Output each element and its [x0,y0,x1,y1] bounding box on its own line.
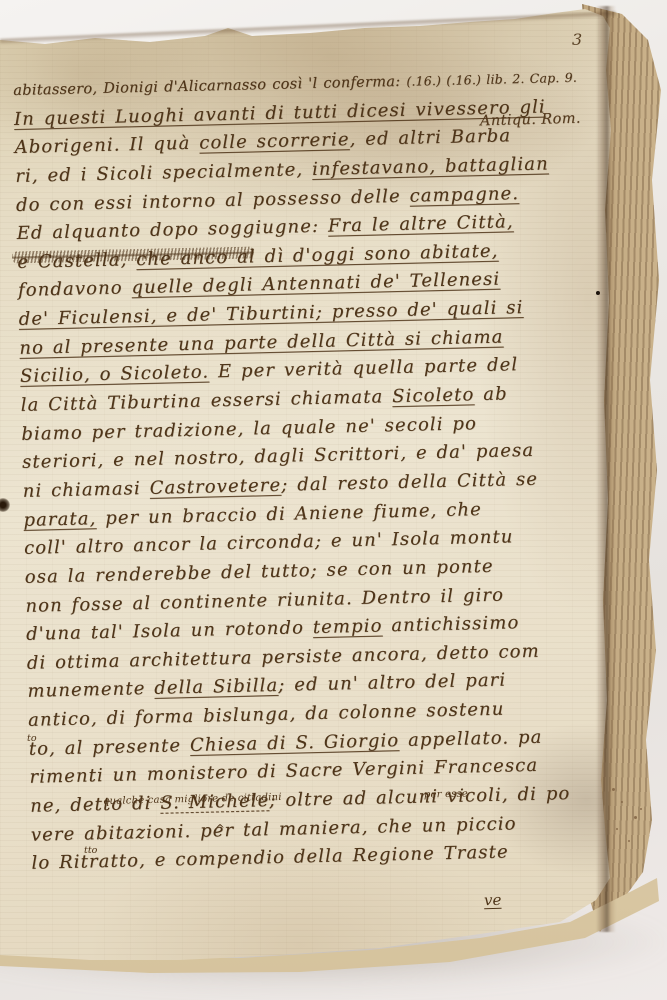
superscript-correction: tto [84,845,97,856]
text-segment: ni chiamasi [23,478,150,502]
foxing-spot [640,808,642,810]
insertion-caret: ^ [215,822,225,836]
margin-note: Antiqu. Rom. [480,111,581,130]
text-segment: munemente [27,678,154,702]
interlinear-insertion-right: per esse [424,789,468,801]
manuscript-photograph: abitassero, Dionigi d'Alicarnasso così '… [0,0,667,1000]
text-segment: campagne. [409,183,519,207]
text-segment: (.16.) (.16.) lib. 2. Cap. 9. [406,70,577,89]
page-number: 3 [572,30,582,49]
text-segment: do con essi intorno al possesso delle [16,185,410,215]
text-segment: infestavano, battaglian [312,153,549,180]
foxing-spot [628,840,630,842]
text-segment: d'una tal' Isola un rotondo [26,617,313,645]
text-segment: Sicoleto [392,384,475,407]
foxing-spot [621,801,623,803]
text-segment: to, al presente [29,735,191,760]
text-segment: Fra le altre Città, [328,211,514,236]
text-segment: fondavono [18,278,132,302]
text-segment: ri, ed i Sicoli specialmente, [15,159,312,187]
foxing-spot [634,816,637,819]
text-segment: Castrovetere [149,475,281,499]
text-segment: Chiesa di S. Giorgio [190,730,400,756]
text-segment: , ed altri Barba [349,126,511,151]
text-segment: abitassero, Dionigi d'Alicarnasso così '… [13,74,406,99]
text-segment: parata, [23,508,96,531]
superscript-correction: to [27,733,37,744]
text-segment: Sicilio, o Sicoleto. [20,362,210,387]
text-segment: per un braccio di Aniene fiume, che [96,499,482,529]
text-segment: appellato. pa [399,726,543,750]
text-segment: ab [474,383,508,405]
text-segment: della Sibilla [154,675,279,699]
ink-blot [0,498,10,512]
text-segment: colle scorrerie [199,129,350,154]
text-segment: Aborigeni. Il quà [14,133,199,158]
text-segment: ; dal resto della Città se [281,469,538,496]
catchword: ve [484,891,502,909]
foxing-spot [612,788,615,791]
text-segment: E per verità quella parte del [209,355,519,383]
text-segment: ; oltre ad alcuni vicoli, di po [269,783,570,811]
text-segment: la Città Tiburtina essersi chiamata [20,386,392,416]
manuscript-page: abitassero, Dionigi d'Alicarnasso così '… [0,0,667,1000]
text-segment: tempio [313,616,383,639]
text-segment: ; ed un' altro del pari [278,670,506,696]
text-block: abitassero, Dionigi d'Alicarnasso così '… [13,64,586,879]
text-segment: antichissimo [382,612,519,636]
text-segment: Ed alquanto dopo soggiugne: [16,216,328,244]
text-segment: quelle degli Antennati de' Tellenesi [131,269,500,299]
foxing-spot [616,828,618,830]
page-edge-crease [596,6,616,932]
